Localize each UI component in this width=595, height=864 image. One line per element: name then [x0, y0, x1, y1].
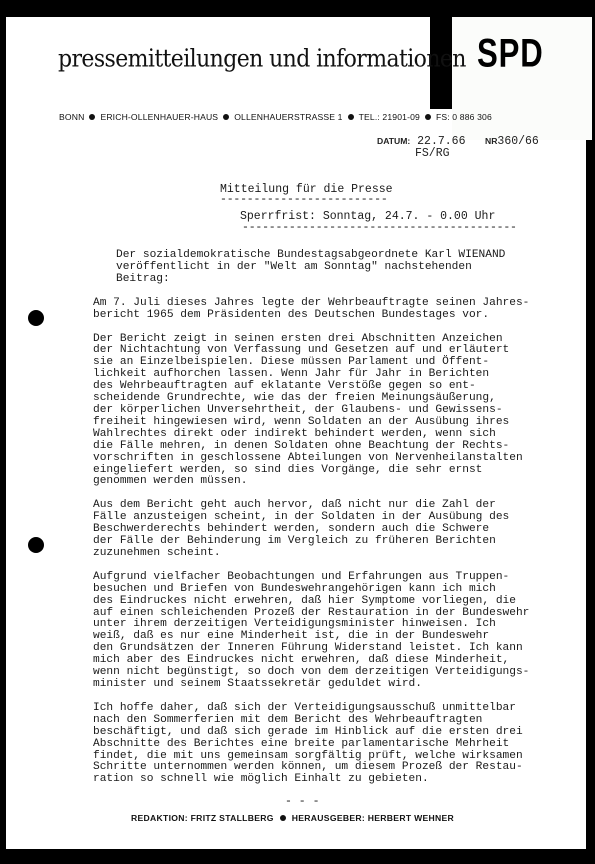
publisher-credit: HERAUSGEBER: HERBERT WEHNER	[292, 813, 454, 823]
address-building: ERICH-OLLENHAUER-HAUS	[100, 112, 218, 122]
document-number: NR360/66	[485, 135, 539, 148]
editor-credit: REDAKTION: FRITZ STALLBERG	[131, 813, 274, 823]
address-city: BONN	[59, 112, 84, 122]
body-paragraph: Der Bericht zeigt in seinen ersten drei …	[93, 334, 583, 489]
punch-hole-icon	[28, 310, 44, 326]
address-street: OLLENHAUERSTRASSE 1	[234, 112, 342, 122]
date-label: DATUM:	[377, 136, 410, 146]
embargo-underline: ----------------------------------------…	[242, 221, 517, 234]
press-release-body: Der sozialdemokratische Bundestagsabgeor…	[93, 250, 583, 798]
spd-logo: SPD	[477, 32, 544, 77]
author-initials: FS/RG	[415, 147, 450, 160]
body-paragraph: Aufgrund vielfacher Beobachtungen und Er…	[93, 572, 583, 691]
bullet-icon	[223, 114, 229, 120]
number-value: 360/66	[497, 135, 538, 148]
notice-underline: -------------------------	[220, 193, 388, 206]
address-telex: FS: 0 886 306	[436, 112, 492, 122]
address-phone: TEL.: 21901-09	[359, 112, 420, 122]
letterhead-footer: REDAKTION: FRITZ STALLBERGHERAUSGEBER: H…	[131, 813, 454, 823]
letterhead-address: BONNERICH-OLLENHAUER-HAUSOLLENHAUERSTRAS…	[59, 112, 492, 122]
letterhead-title: pressemitteilungen und informationen	[58, 45, 466, 73]
body-paragraph: Aus dem Bericht geht auch hervor, daß ni…	[93, 500, 583, 560]
punch-hole-icon	[28, 537, 44, 553]
body-paragraph: Ich hoffe daher, daß sich der Verteidigu…	[93, 703, 583, 786]
bullet-icon	[280, 815, 286, 821]
body-paragraph: Am 7. Juli dieses Jahres legte der Wehrb…	[93, 298, 583, 322]
bullet-icon	[348, 114, 354, 120]
number-label: NR	[485, 136, 497, 146]
intro-paragraph: Der sozialdemokratische Bundestagsabgeor…	[116, 250, 583, 286]
end-mark: - - -	[285, 795, 320, 808]
bullet-icon	[89, 114, 95, 120]
document-meta: DATUM: 22.7.66 NR360/66 FS/RG	[377, 135, 465, 148]
bullet-icon	[425, 114, 431, 120]
